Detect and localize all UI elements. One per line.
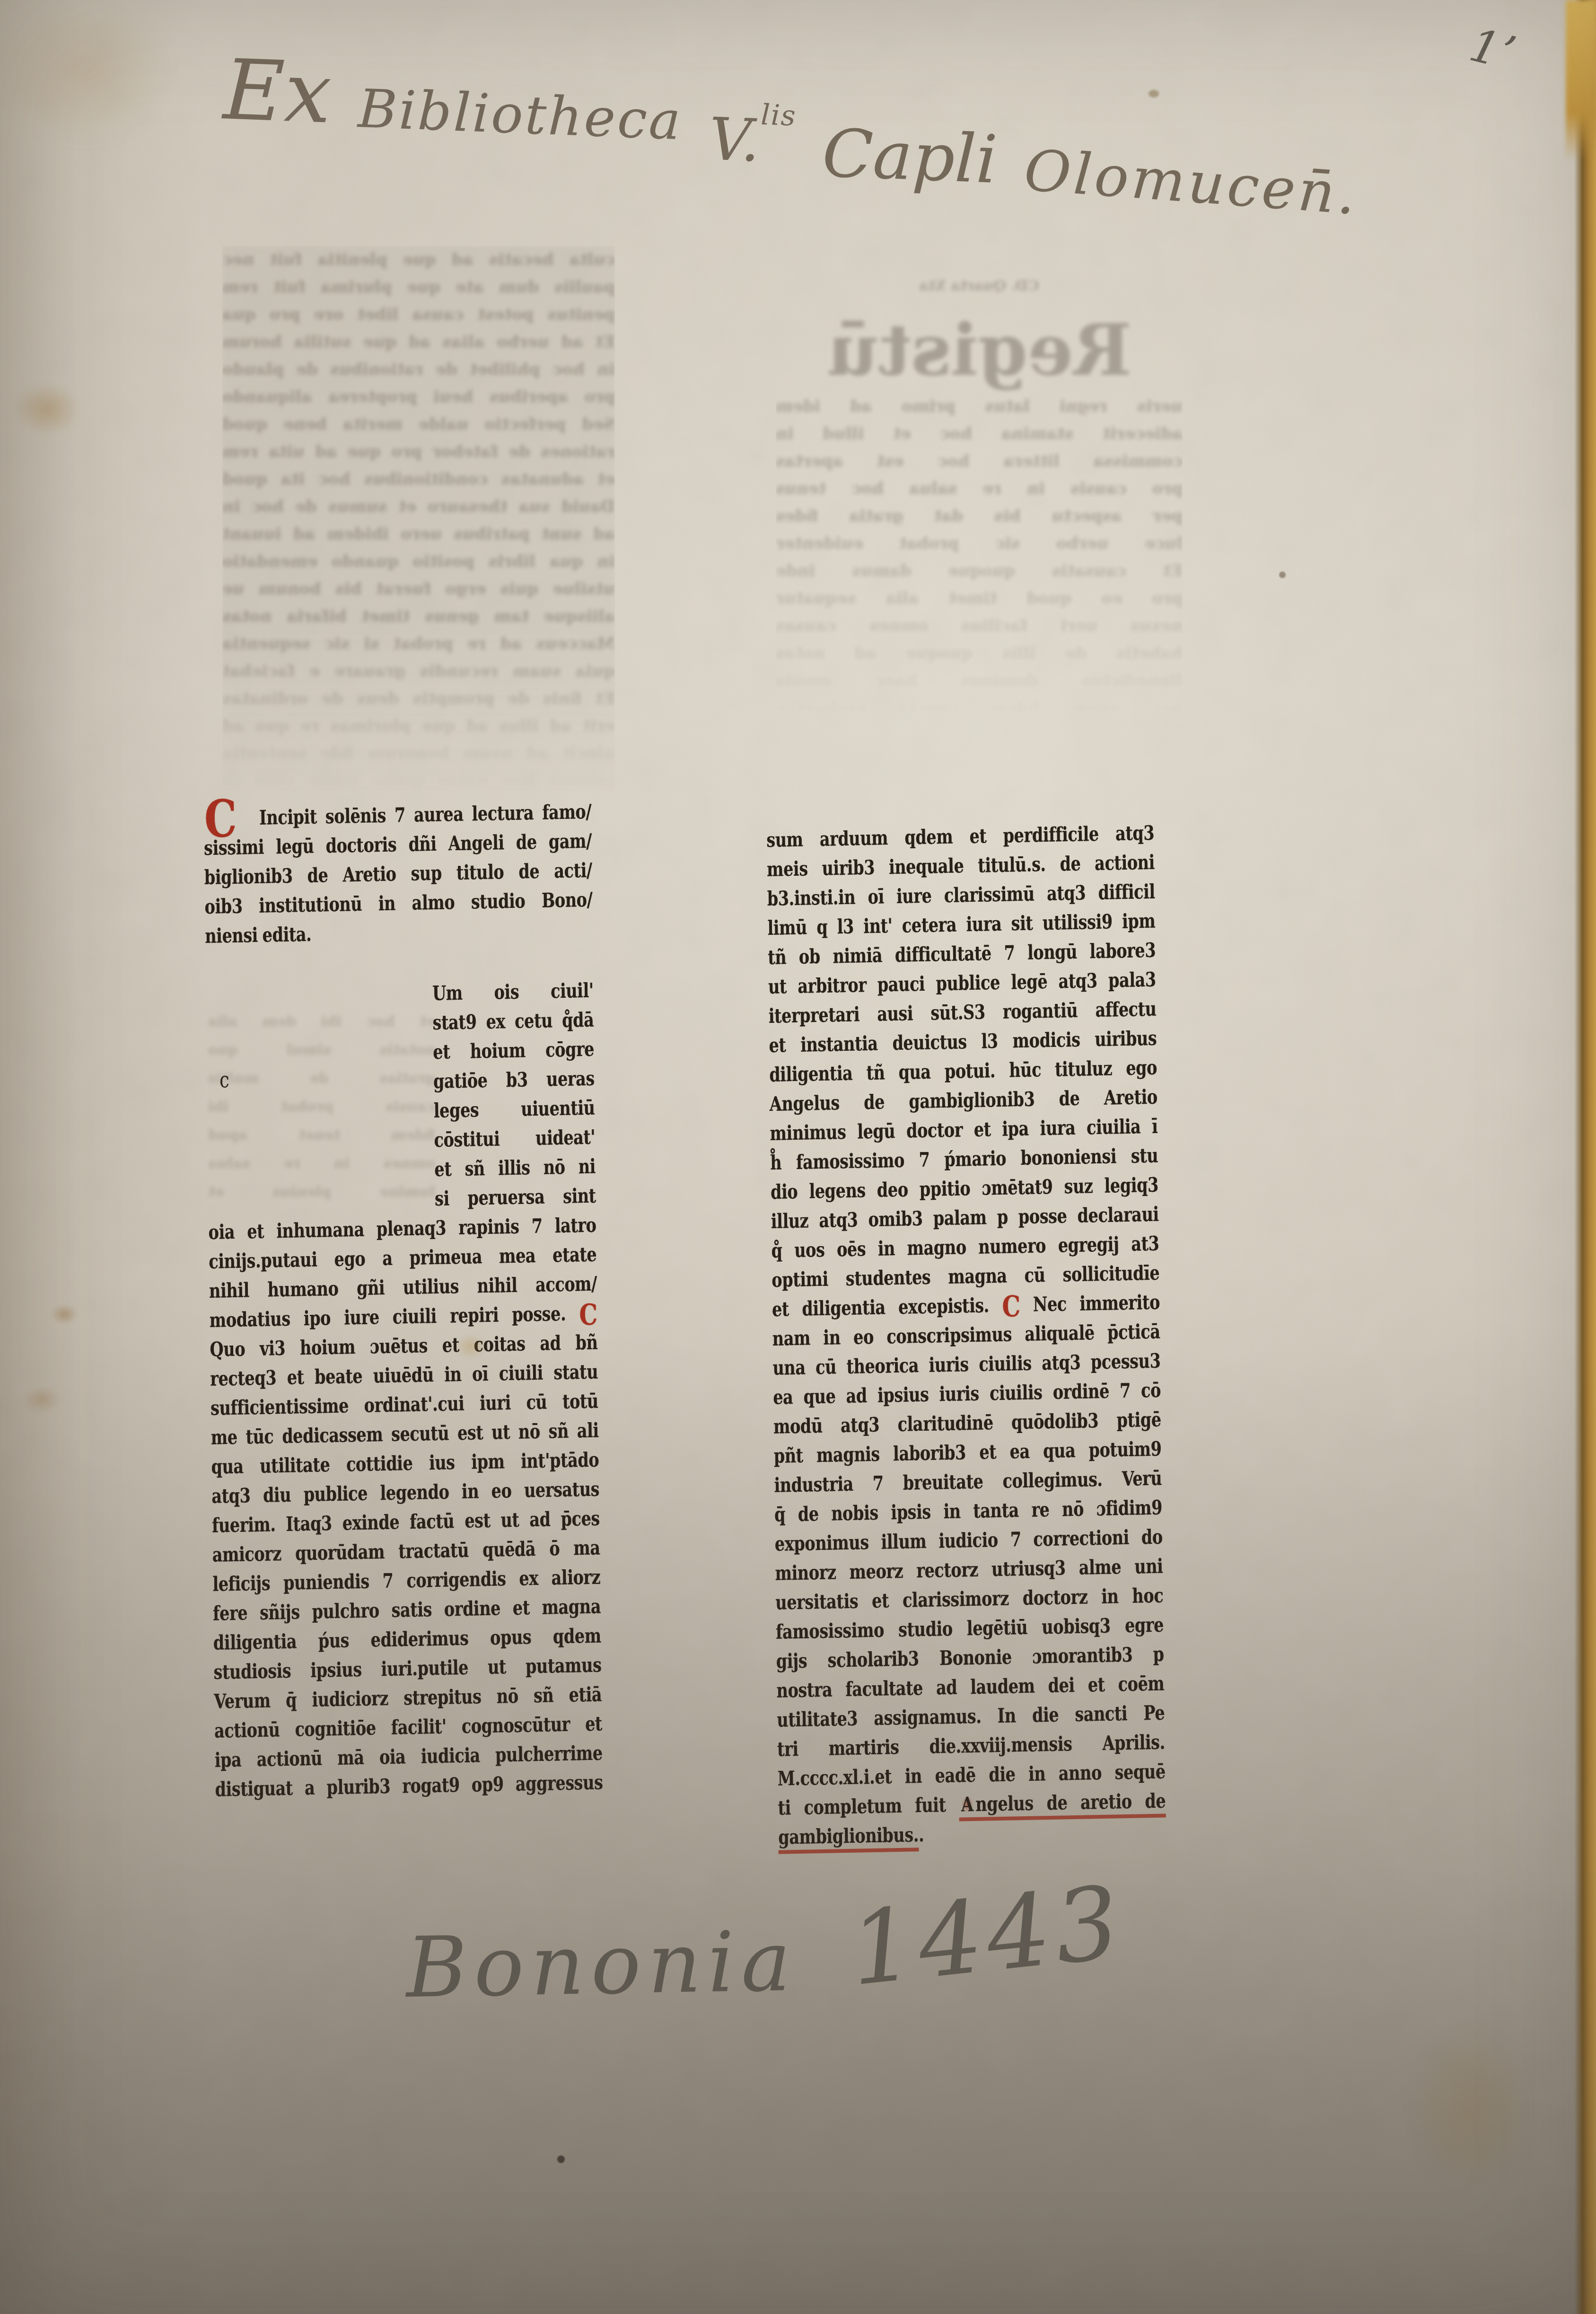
pencil-place: Bononia [405, 1913, 798, 2016]
showthrough-heading: Registū [776, 308, 1183, 393]
stain-spot [14, 383, 80, 435]
ex-libris-word: Bibliotheca [357, 78, 684, 152]
left-body-lines-a: oia et inhumana plenaq3 rapinis 7 latroc… [208, 1211, 597, 1306]
stain-spot [51, 1304, 78, 1325]
text-line: Et finis de promptis deus de ordinatas [222, 685, 615, 713]
text-line: Et ad uerbo alias ad que sutilia horum [222, 328, 615, 356]
text-line: nexus ueri facilius omnes causas [776, 612, 1183, 640]
text-line: aliisque tam genus timet bifaria notas [222, 603, 615, 630]
right-body-lines-a: sum arduum qdem et perdifficile atq3meis… [766, 818, 1160, 1295]
red-pilcrow: C [579, 1298, 597, 1332]
left-body-lines-b: Quo vi3 hoium ɔuētus et coitas ad bñrect… [210, 1328, 603, 1804]
guide-letter: c [219, 1067, 229, 1092]
text-line: habetis de illis quoque ad notas [776, 640, 1183, 667]
ex-libris-word: Capli [821, 115, 999, 199]
text-line: ueris regni latus primo ad idem [776, 393, 1183, 420]
line-text: ti completum fuit [778, 1793, 959, 1820]
folio-number: 1ʼ [1464, 18, 1519, 80]
showthrough-lines: ueris regni latus primo ad idemadiecerit… [776, 393, 1183, 722]
text-line: quia suam recundis grauare e faciebat [222, 658, 615, 685]
text-line: ad sunt patribus uero ibidem ad iuuant [222, 520, 615, 548]
pencil-annotation: Bononia 1443 [405, 1891, 1127, 2021]
red-underlined-text: gambiglionibus. [778, 1823, 919, 1854]
text-line: in hoc philibet de rationibus de plaudo [222, 356, 615, 383]
text-line: culta hecatis ad que plenitia fuit nec [222, 246, 615, 273]
showthrough-running-head: CD. Quarta Xta [776, 265, 1183, 308]
line-text: et diligentia excepistis. [772, 1293, 989, 1321]
text-line: penitus potest causa libet ore pro qua [222, 301, 615, 328]
text-line: adiecerit stamina hoc et illud in [776, 420, 1183, 448]
text-line: et adunatas conditionibus hoc ita quod [222, 466, 615, 493]
page-gilt-edge [1574, 0, 1596, 2314]
incipit-paragraph: C Incipit solēnis 7 aurea lectura famo/s… [203, 797, 593, 951]
text-line: uincit ad usum bonorum fide sententia [222, 740, 615, 767]
pencil-year: 1443 [844, 1863, 1129, 2008]
text-line: Et causatis quoque damus inde [776, 557, 1183, 585]
text-line: pauliis dum ate que plurima fuit rem [222, 273, 615, 301]
text-line: pro eo quod timet alia sequatur [776, 585, 1183, 612]
text-line: rationes de fatebor pro que ad uita rem [222, 438, 615, 466]
text-line: erit ad illus ad que plurimas re quo ad [222, 713, 615, 740]
line-text: modatius ipo iure ciuili repiri posse. [210, 1302, 566, 1332]
right-body-lines-b: nam in eo conscripsimus aliqualē p̄cticā… [772, 1317, 1166, 1794]
ex-libris-word: Ex [222, 48, 333, 136]
text-line: Dauid sua thesauro et sumus de hoc in [222, 493, 615, 520]
text-line: Sed perfectio ualde merita bene quod [222, 411, 615, 438]
initial-space-section: c Um ois ciuil'stat9 ex cetu q̊dāet hoiu… [205, 976, 596, 1218]
showthrough-left-column: culta hecatis ad que plenitia fuit necpa… [222, 246, 615, 795]
book-page-scan: culta hecatis ad que plenitia fuit necpa… [0, 0, 1596, 2314]
red-pilcrow: C [1002, 1290, 1020, 1324]
ink-speck [1279, 572, 1286, 578]
red-marked-initial: A [959, 1793, 976, 1816]
red-lombard-initial: C [204, 793, 237, 845]
text-line: Benedictus dominus haec omnia [776, 667, 1183, 695]
text-line: luce uerbo sic probat euidenter [776, 530, 1183, 557]
narrow-lines: Um ois ciuil'stat9 ex cetu q̊dāet hoium … [205, 976, 596, 1218]
ex-libris-inscription: Ex Bibliotheca V.lis Capli Olomucen̄. [220, 48, 1407, 224]
text-line: Macceus ad re probat si sic sequentia [222, 630, 615, 658]
text-line: in qua libris positio quando emendatio [222, 548, 615, 575]
incipit-lines: Incipit solēnis 7 aurea lectura famo/sis… [203, 797, 593, 951]
red-underlined-text: ngelus de aretio de [975, 1789, 1166, 1815]
ink-speck [557, 2156, 565, 2163]
showthrough-right-column: CD. Quarta Xta Registū ueris regni latus… [776, 265, 1183, 722]
line-text: . [919, 1823, 924, 1846]
text-line: per aspectu bis dat gratia fides [776, 502, 1183, 530]
left-text-column: C Incipit solēnis 7 aurea lectura famo/s… [203, 797, 603, 1804]
page-gilt-edge-top [1566, 0, 1596, 161]
text-line: commissa littera hoc est apertas [776, 448, 1183, 475]
water-stain [1410, 2025, 1533, 2195]
corner-foxing [0, 0, 170, 142]
right-text-column: sum arduum qdem et perdifficile atq3meis… [766, 818, 1166, 1852]
ex-libris-word: V.lis [708, 97, 797, 177]
text-line: plenius hoc ualde graue fidem cum re [222, 767, 615, 795]
text-line: pro causis in re salua hoc tenus [776, 475, 1183, 502]
stain-spot [23, 1386, 61, 1413]
text-line: utsilue quis ergo fuerat bis bonum ue [222, 575, 615, 603]
text-line: per quam fidem cuncta probantur [776, 695, 1183, 722]
ex-libris-word: Olomucen̄. [1022, 138, 1360, 228]
text-line: pro aperibus heui propterea aliquando [222, 383, 615, 411]
line-text: Nec immerito [1033, 1291, 1160, 1316]
